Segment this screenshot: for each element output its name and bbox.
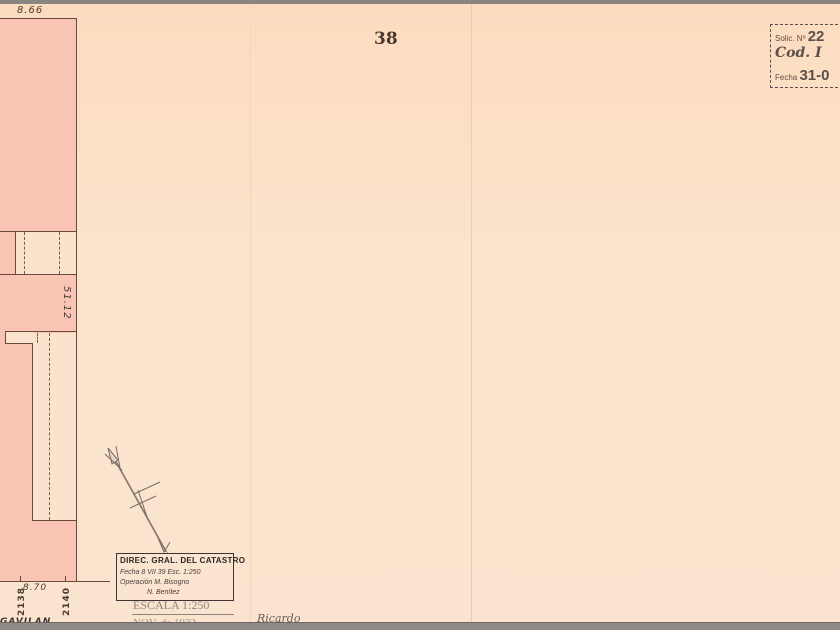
fold-line <box>471 4 472 622</box>
wall-line <box>32 520 76 521</box>
street-line <box>0 581 110 582</box>
side-depth-dimension: 51.12 <box>61 286 72 320</box>
page-number: 38 <box>374 29 398 49</box>
stamp-title: DIREC. GRAL. DEL CATASTRO <box>120 556 245 565</box>
wall-line <box>5 331 76 332</box>
north-arrow-icon <box>100 442 180 557</box>
top-frontage-dimension: 8.66 <box>17 5 43 16</box>
code-value: Cod. I <box>775 45 822 61</box>
dashed-line <box>24 232 25 274</box>
dashed-line <box>37 333 38 343</box>
street-number: 2138 <box>17 587 27 616</box>
date-label: Fecha <box>775 73 797 82</box>
wall-line <box>0 274 76 275</box>
tick <box>20 576 21 582</box>
courtyard <box>16 231 76 274</box>
scale-label: ESCALA 1:250 <box>133 598 209 613</box>
dashed-line <box>59 232 60 274</box>
stamp-date: Fecha 8 VII 39 Esc. 1:250 <box>120 569 201 576</box>
wall-line <box>15 231 16 274</box>
scanner-top-border <box>0 0 840 4</box>
catastro-stamp: DIREC. GRAL. DEL CATASTRO Fecha 8 VII 39… <box>116 553 234 601</box>
wall-line <box>32 343 33 521</box>
courtyard <box>33 333 76 521</box>
stamp-operator-2: N. Benítez <box>147 589 180 596</box>
stamp-operator: Operación M. Bisogno <box>120 579 189 586</box>
street-number: 2140 <box>62 587 72 616</box>
dashed-line <box>49 333 50 520</box>
date-value: 31-0 <box>799 67 829 84</box>
wall-line <box>5 343 33 344</box>
tick <box>65 576 66 582</box>
boundary-line <box>76 18 77 582</box>
request-number: 22 <box>808 28 825 45</box>
boundary-line <box>0 18 76 19</box>
footer-rule <box>132 614 234 615</box>
request-label: Solic. Nº <box>775 34 805 43</box>
wall-line <box>0 231 76 232</box>
request-stamp: Solic. Nº 22 Cod. I Fecha 31-0 <box>770 24 840 88</box>
fold-line <box>250 4 251 622</box>
scanner-bottom-border <box>0 622 840 630</box>
